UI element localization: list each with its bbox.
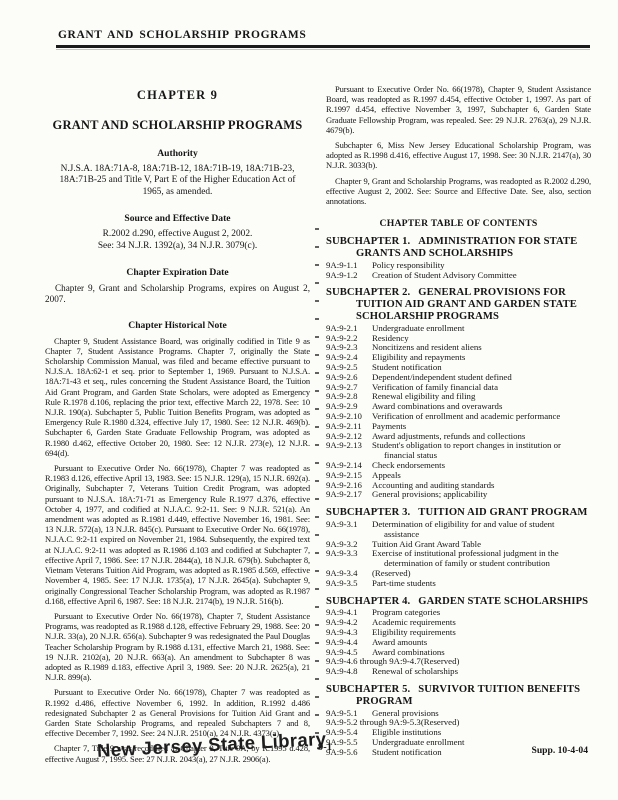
toc-entry: 9A:9-2.1Undergraduate enrollment	[326, 324, 591, 334]
subchapter-5-heading: SUBCHAPTER 5.SURVIVOR TUITION BENEFITS P…	[326, 684, 591, 708]
toc-entry: 9A:9-4.2Academic requirements	[326, 618, 591, 628]
toc-entry: 9A:9-4.6 through 9A:9-4.7(Reserved)	[326, 657, 591, 667]
document-page: GRANT AND SCHOLARSHIP PROGRAMS CHAPTER 9…	[0, 0, 618, 800]
toc-entry: 9A:9-3.3Exercise of institutional profes…	[326, 549, 591, 569]
toc-entry-label: Determination of eligibility for and val…	[372, 520, 591, 540]
authority-heading: Authority	[45, 148, 310, 159]
subchapter-4-title: GARDEN STATE SCHOLARSHIPS	[418, 596, 588, 607]
chapter-title: GRANT AND SCHOLARSHIP PROGRAMS	[45, 118, 310, 133]
toc-entry-ref: 9A:9-5.6	[326, 748, 372, 758]
expiration-text: Chapter 9, Grant and Scholarship Program…	[45, 283, 310, 305]
readoption-paragraph-2: Subchapter 6, Miss New Jersey Educationa…	[326, 140, 591, 171]
historical-paragraph-2: Pursuant to Executive Order No. 66(1978)…	[45, 463, 310, 606]
toc-entry: 9A:9-4.3Eligibility requirements	[326, 628, 591, 638]
historical-paragraph-1: Chapter 9, Student Assistance Board, was…	[45, 336, 310, 458]
subchapter-3-title: TUITION AID GRANT PROGRAM	[418, 507, 587, 518]
toc-entry-label: Renewal of scholarships	[372, 667, 458, 677]
toc-entry: 9A:9-3.1Determination of eligibility for…	[326, 520, 591, 540]
supplement-date: Supp. 10-4-04	[531, 745, 588, 756]
toc-entry-label: Creation of Student Advisory Committee	[372, 271, 517, 281]
toc-entry-ref: 9A:9-4.8	[326, 667, 372, 677]
toc-entry-ref: 9A:9-1.2	[326, 271, 372, 281]
page-number: 9-1	[318, 742, 332, 753]
toc-entry-ref: 9A:9-3.1	[326, 520, 372, 530]
left-column: CHAPTER 9 GRANT AND SCHOLARSHIP PROGRAMS…	[45, 84, 310, 769]
toc-entry: 9A:9-2.13Student's obligation to report …	[326, 441, 591, 461]
toc-entry: 9A:9-1.2Creation of Student Advisory Com…	[326, 271, 591, 281]
readoption-paragraph-3: Chapter 9, Grant and Scholarship Program…	[326, 176, 591, 207]
header-rule	[56, 45, 590, 48]
subchapter-3-number: SUBCHAPTER 3.	[326, 507, 410, 518]
historical-note-heading: Chapter Historical Note	[45, 320, 310, 331]
toc-entry: 9A:9-2.4Eligibility and repayments	[326, 353, 591, 363]
toc-entry: 9A:9-2.10Verification of enrollment and …	[326, 412, 591, 422]
toc-entry: 9A:9-3.4(Reserved)	[326, 569, 591, 579]
authority-text: N.J.S.A. 18A:71A-8, 18A:71B-12, 18A:71B-…	[45, 164, 310, 198]
toc-entry-ref: 9A:9-3.5	[326, 579, 372, 589]
toc-entry-label: Student notification	[372, 748, 442, 758]
toc-entry-ref: 9A:9-2.13	[326, 441, 372, 451]
toc-entry: 9A:9-4.1Program categories	[326, 608, 591, 618]
running-header: GRANT AND SCHOLARSHIP PROGRAMS	[58, 29, 306, 41]
toc-entry-label: Exercise of institutional professional j…	[372, 549, 591, 569]
subchapter-4-heading: SUBCHAPTER 4.GARDEN STATE SCHOLARSHIPS	[326, 596, 591, 608]
toc-entry: 9A:9-4.4Award amounts	[326, 638, 591, 648]
toc-entry-label: Part-time students	[372, 579, 436, 589]
historical-paragraph-3: Pursuant to Executive Order No. 66(1978)…	[45, 611, 310, 682]
subchapter-2-heading: SUBCHAPTER 2.GENERAL PROVISIONS FOR TUIT…	[326, 287, 591, 322]
right-column: Pursuant to Executive Order No. 66(1978)…	[326, 84, 591, 769]
readoption-paragraph-1: Pursuant to Executive Order No. 66(1978)…	[326, 84, 591, 135]
toc-entry-ref: 9A:9-2.17	[326, 490, 372, 500]
toc-entry: 9A:9-4.8Renewal of scholarships	[326, 667, 591, 677]
subchapter-4-number: SUBCHAPTER 4.	[326, 596, 410, 607]
subchapter-5-number: SUBCHAPTER 5.	[326, 684, 410, 695]
toc-entry: 9A:9-3.5Part-time students	[326, 579, 591, 589]
source-line-1: R.2002 d.290, effective August 2, 2002.	[45, 229, 310, 240]
toc-entry: 9A:9-2.14Check endorsements	[326, 461, 591, 471]
subchapter-3-heading: SUBCHAPTER 3.TUITION AID GRANT PROGRAM	[326, 507, 591, 519]
two-column-layout: CHAPTER 9 GRANT AND SCHOLARSHIP PROGRAMS…	[45, 84, 591, 769]
toc-entry-label: General provisions; applicability	[372, 490, 487, 500]
chapter-number: CHAPTER 9	[45, 88, 310, 103]
expiration-heading: Chapter Expiration Date	[45, 267, 310, 278]
toc-entry-label: Student's obligation to report changes i…	[372, 441, 591, 461]
source-line-2: See: 34 N.J.R. 1392(a), 34 N.J.R. 3079(c…	[45, 241, 310, 252]
toc-heading: CHAPTER TABLE OF CONTENTS	[326, 218, 591, 229]
subchapter-1-number: SUBCHAPTER 1.	[326, 236, 410, 247]
subchapter-1-heading: SUBCHAPTER 1.ADMINISTRATION FOR STATE GR…	[326, 236, 591, 260]
toc-entry: 9A:9-5.2 through 9A:9-5.3(Reserved)	[326, 718, 591, 728]
subchapter-2-number: SUBCHAPTER 2.	[326, 287, 410, 298]
toc-entry-ref: 9A:9-3.3	[326, 549, 372, 559]
source-heading: Source and Effective Date	[45, 213, 310, 224]
toc-entry: 9A:9-2.17General provisions; applicabili…	[326, 490, 591, 500]
